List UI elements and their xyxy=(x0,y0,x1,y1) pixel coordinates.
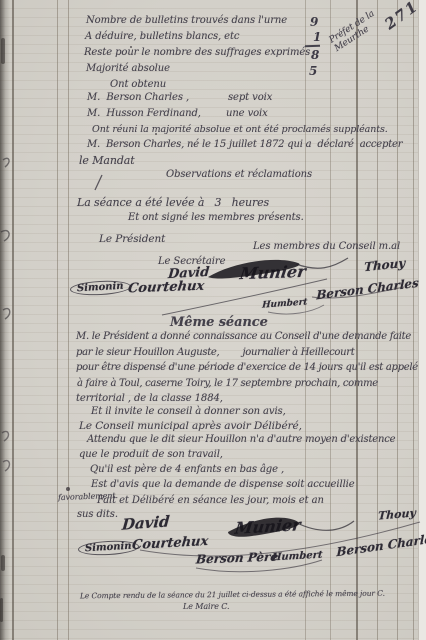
fait-line: Fait et Délibéré en séance les jour, moi… xyxy=(97,495,324,506)
attendu-line: Attendu que le dit sieur Houillon n'a d'… xyxy=(87,434,395,445)
tally-value: 1 xyxy=(313,30,321,44)
results-heading: Ont obtenu xyxy=(110,79,166,90)
ledger-page: 271 Préfet de la Meurthe Nombre de bulle… xyxy=(0,0,426,640)
signature: Berson Père xyxy=(195,550,278,567)
avis-line: Et il invite le conseil à donner son avi… xyxy=(91,406,286,417)
vote-result-name: M. Berson Charles , xyxy=(87,92,189,103)
signature: Courtehux xyxy=(131,534,209,553)
signature: Humbert xyxy=(262,297,308,310)
tally-value: 5 xyxy=(309,64,317,78)
signature: Munier xyxy=(234,515,302,538)
acceptance-line: le Mandat xyxy=(79,154,135,167)
paragraph-line: territorial , de la classe 1884, xyxy=(76,393,223,404)
binding-gutter-shadow xyxy=(0,0,10,640)
paragraph-line: par le sieur Houillon Auguste, journalie… xyxy=(76,347,354,358)
tally-value: 8 xyxy=(311,48,319,62)
paragraph-line: pour être dispensé d'une période d'exerc… xyxy=(76,362,418,373)
ink-blot xyxy=(0,598,3,622)
tally-label: Reste pour le nombre des suffrages expri… xyxy=(84,47,310,58)
ruled-line-vertical xyxy=(57,0,58,640)
section-heading: Même séance xyxy=(170,315,268,330)
president-label: Le Président xyxy=(99,233,165,245)
signature: Berson Charles xyxy=(316,276,419,303)
attendu-line: que le produit de son travail, xyxy=(79,449,223,460)
ink-speck xyxy=(66,487,70,491)
tally-value: 9 xyxy=(310,15,318,29)
acceptance-line: M. Berson Charles, né le 15 juillet 1872… xyxy=(87,139,402,150)
tally-label: A déduire, bulletins blancs, etc xyxy=(85,31,239,42)
tally-label: Majorité absolue xyxy=(86,63,170,74)
mayor-note: Le Maire C. xyxy=(183,602,230,611)
vote-result-votes: sept voix xyxy=(228,92,272,103)
subtraction-bar xyxy=(305,45,320,48)
signature: David xyxy=(121,512,170,533)
vote-result-name: M. Husson Ferdinand, xyxy=(87,108,201,119)
paragraph-line: M. le Président a donné connaissance au … xyxy=(76,331,411,342)
signature: Humbert xyxy=(272,550,323,564)
signature: Thouy xyxy=(378,506,416,522)
attendu-line: Qu'il est père de 4 enfants en bas âge , xyxy=(90,464,284,475)
proclamation-line: Ont réuni la majorité absolue et ont été… xyxy=(92,124,388,135)
susdits-line: sus dits. xyxy=(77,509,118,520)
signed-line: Et ont signé les membres présents. xyxy=(128,212,304,223)
members-label: Les membres du Conseil m.al xyxy=(253,241,400,252)
signature: Simonin xyxy=(78,539,139,556)
ruled-line-vertical xyxy=(68,0,69,640)
pen-stroke xyxy=(95,175,102,190)
signature: Courtehux xyxy=(127,279,205,297)
signature: Thouy xyxy=(364,256,406,274)
corner-annotation: Préfet de la Meurthe xyxy=(328,2,393,54)
deliberation-line: Le Conseil municipal après avoir Délibér… xyxy=(79,420,302,432)
paragraph-line: à faire à Toul, caserne Toiry, le 17 sep… xyxy=(77,378,378,389)
signature: Munier xyxy=(239,262,307,283)
signature: Simonin xyxy=(70,279,131,296)
ruled-line-vertical xyxy=(305,0,306,640)
ruled-line-vertical xyxy=(330,0,331,640)
tally-label: Nombre de bulletins trouvés dans l'urne xyxy=(86,15,287,26)
ink-blot xyxy=(1,38,5,64)
ruled-line-vertical xyxy=(12,0,14,640)
decision-line: Est d'avis que la demande de dispense so… xyxy=(91,479,355,490)
adjournment-line: La séance a été levée à 3 heures xyxy=(77,196,269,209)
ink-blot xyxy=(1,555,5,571)
vote-result-votes: une voix xyxy=(226,108,268,119)
posting-note: Le Compte rendu de la séance du 21 juill… xyxy=(80,589,385,601)
observations-heading: Observations et réclamations xyxy=(166,169,312,180)
